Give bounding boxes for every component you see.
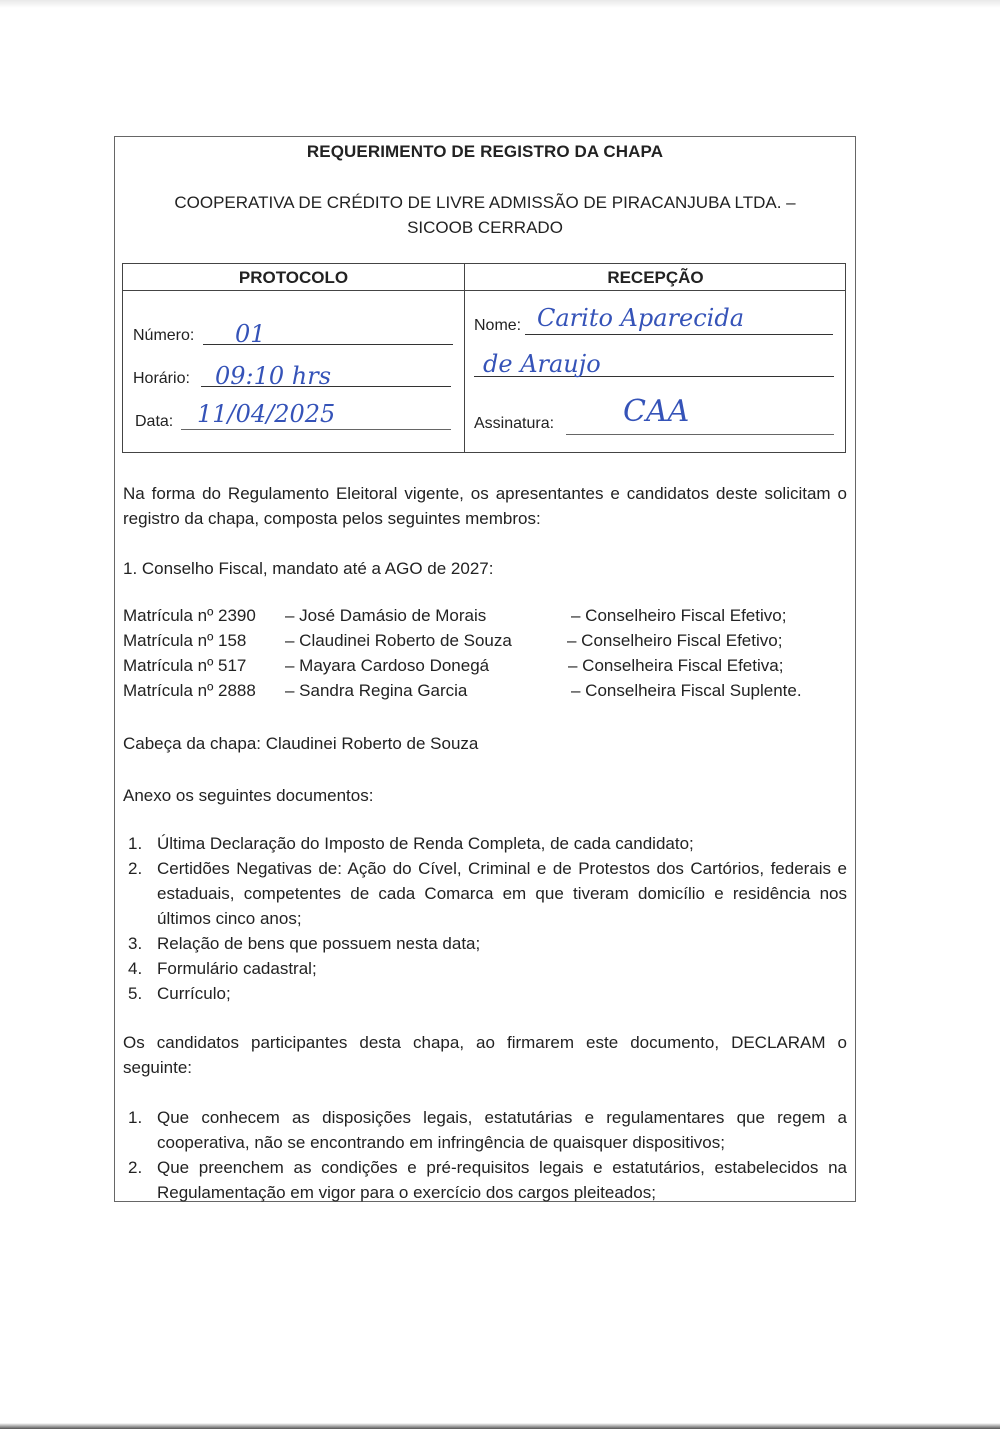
data-value: 11/04/2025 [197, 400, 335, 428]
nome-value-line-2: de Araujo [483, 350, 601, 378]
member-matricula: Matrícula nº 158 [123, 631, 246, 651]
nome-value-line-1: Carito Aparecida [537, 304, 744, 332]
data-label: Data: [135, 413, 173, 430]
cabeca-da-chapa: Cabeça da chapa: Claudinei Roberto de So… [123, 731, 847, 756]
numero-label: Número: [133, 327, 194, 344]
declaracao-item: 1.Que conhecem as disposições legais, es… [123, 1105, 847, 1155]
anexo-item: 1.Última Declaração do Imposto de Renda … [123, 831, 847, 856]
intro-paragraph: Na forma do Regulamento Eleitoral vigent… [123, 481, 847, 531]
cooperative-name: COOPERATIVA DE CRÉDITO DE LIVRE ADMISSÃO… [114, 190, 856, 240]
numero-field[interactable]: Número: [133, 327, 194, 345]
member-matricula: Matrícula nº 2888 [123, 681, 256, 701]
anexo-item: 3.Relação de bens que possuem nesta data… [123, 931, 847, 956]
anexo-item: 2.Certidões Negativas de: Ação do Cível,… [123, 856, 847, 931]
nome-field[interactable]: Nome: [474, 317, 521, 335]
horario-field[interactable]: Horário: [133, 370, 190, 388]
protocol-table: PROTOCOLO RECEPÇÃO Número: 01 Horário: 0… [122, 263, 846, 453]
member-role: – Conselheira Fiscal Efetiva; [568, 656, 783, 676]
member-role: – Conselheiro Fiscal Efetivo; [567, 631, 782, 651]
data-line [181, 429, 451, 430]
document-title: REQUERIMENTO DE REGISTRO DA CHAPA [114, 142, 856, 162]
nome-label: Nome: [474, 317, 521, 334]
assinatura-line [566, 434, 834, 435]
horario-label: Horário: [133, 370, 190, 387]
numero-value: 01 [235, 320, 266, 348]
anexos-list: 1.Última Declaração do Imposto de Renda … [123, 831, 847, 1006]
assinatura-signature: CAA [623, 394, 689, 429]
member-role: – Conselheira Fiscal Suplente. [571, 681, 802, 701]
member-name: – Sandra Regina Garcia [285, 681, 467, 701]
assinatura-field[interactable]: Assinatura: [474, 415, 554, 433]
member-name: – Mayara Cardoso Donegá [285, 656, 489, 676]
cooperative-line-1: COOPERATIVA DE CRÉDITO DE LIVRE ADMISSÃO… [114, 190, 856, 215]
anexo-item: 4.Formulário cadastral; [123, 956, 847, 981]
member-name: – José Damásio de Morais [285, 606, 486, 626]
data-field[interactable]: Data: [135, 413, 173, 431]
assinatura-label: Assinatura: [474, 415, 554, 432]
cooperative-line-2: SICOOB CERRADO [114, 215, 856, 240]
declaram-intro: Os candidatos participantes desta chapa,… [123, 1030, 847, 1080]
recepcao-header: RECEPÇÃO [465, 264, 846, 291]
declaracoes-list: 1.Que conhecem as disposições legais, es… [123, 1105, 847, 1205]
section-conselho-fiscal: 1. Conselho Fiscal, mandato até a AGO de… [123, 556, 847, 581]
scan-edge-bottom [0, 1423, 1000, 1429]
nome-line-1 [525, 334, 833, 335]
member-name: – Claudinei Roberto de Souza [285, 631, 512, 651]
member-role: – Conselheiro Fiscal Efetivo; [571, 606, 786, 626]
member-matricula: Matrícula nº 517 [123, 656, 246, 676]
scan-edge-top [0, 0, 1000, 8]
anexo-intro: Anexo os seguintes documentos: [123, 783, 847, 808]
horario-value: 09:10 hrs [215, 362, 331, 390]
member-matricula: Matrícula nº 2390 [123, 606, 256, 626]
protocolo-header: PROTOCOLO [123, 264, 464, 291]
declaracao-item: 2.Que preenchem as condições e pré-requi… [123, 1155, 847, 1205]
column-divider [464, 264, 465, 452]
anexo-item: 5.Currículo; [123, 981, 847, 1006]
